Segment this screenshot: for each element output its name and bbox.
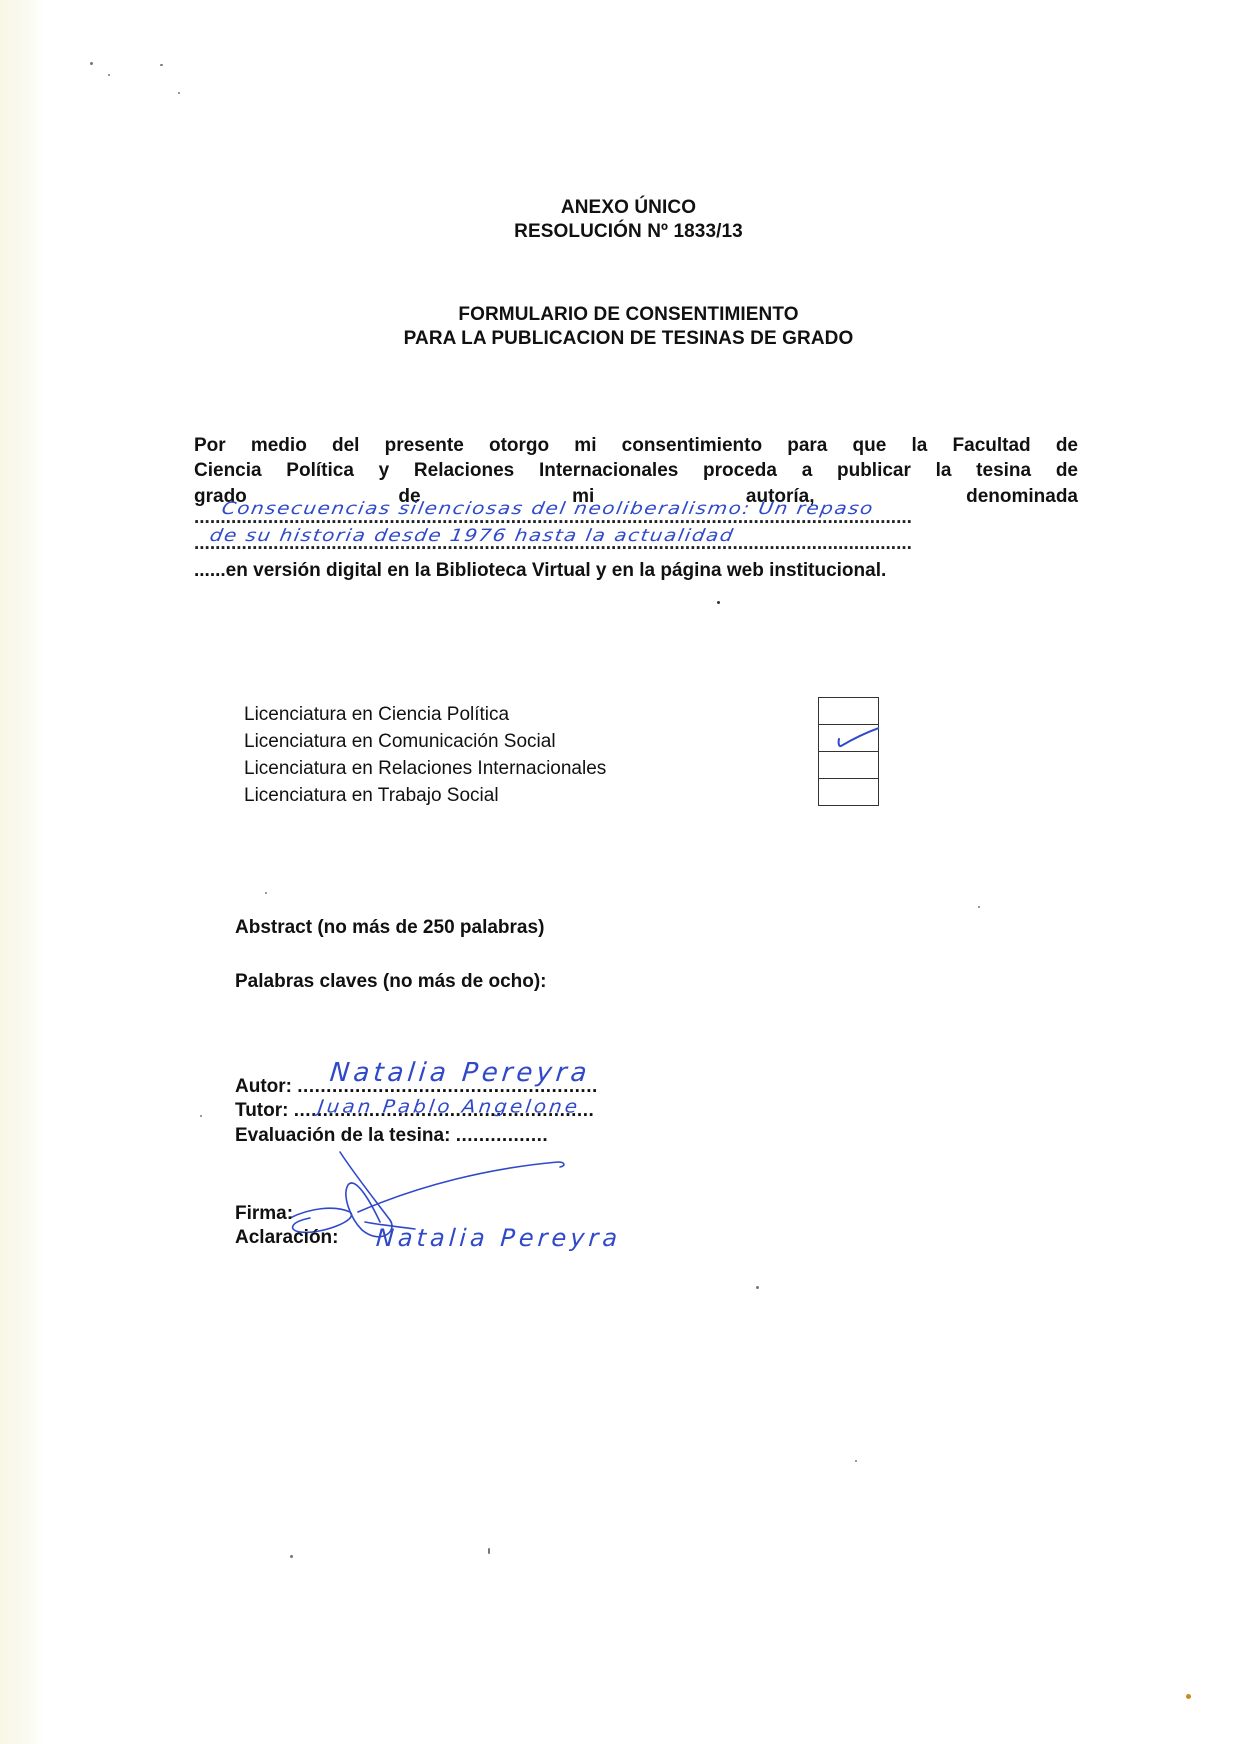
thesis-title-handwritten-line2: de su historia desde 1976 hasta la actua… — [208, 525, 736, 545]
check-mark-icon — [835, 727, 879, 749]
annex-title: ANEXO ÚNICO — [0, 196, 1257, 220]
scan-speck — [200, 1115, 202, 1117]
evaluation-label: Evaluación de la tesina: — [235, 1125, 450, 1146]
scan-speck — [855, 1460, 857, 1462]
aclaracion-label: Aclaración: — [235, 1227, 338, 1248]
consent-text-line1: Por medio del presente otorgo mi consent… — [194, 433, 1078, 458]
evaluation-field[interactable]: ................ — [456, 1125, 548, 1146]
form-title-line1: FORMULARIO DE CONSENTIMIENTO — [0, 303, 1257, 327]
scan-speck — [108, 74, 110, 76]
keywords-label: Palabras claves (no más de ocho): — [235, 970, 547, 994]
thesis-title-handwritten-line1: Consecuencias silenciosas del neoliberal… — [220, 498, 875, 518]
firma-label: Firma: — [235, 1203, 293, 1224]
checkbox-ciencia-politica[interactable] — [818, 697, 879, 724]
checkbox-comunicacion-social[interactable] — [818, 724, 879, 751]
aclaracion-handwritten: Natalia Pereyra — [375, 1224, 622, 1252]
scan-speck — [90, 62, 93, 65]
consent-closing-text: ......en versión digital en la Bibliotec… — [194, 558, 886, 583]
degree-ciencia-politica: Licenciatura en Ciencia Política — [244, 701, 606, 728]
form-title-line2: PARA LA PUBLICACION DE TESINAS DE GRADO — [0, 327, 1257, 351]
firma-row: Firma: — [235, 1202, 293, 1226]
scan-speck — [160, 64, 163, 66]
checkbox-relaciones-internacionales[interactable] — [818, 751, 879, 778]
evaluation-row: Evaluación de la tesina: ...............… — [235, 1124, 548, 1148]
scan-speck — [265, 892, 267, 894]
checkbox-trabajo-social[interactable] — [818, 778, 879, 806]
degree-checkbox-column — [818, 697, 879, 806]
degree-relaciones-internacionales: Licenciatura en Relaciones Internacional… — [244, 755, 606, 782]
tutor-handwritten: Juan Pablo Angelone — [317, 1095, 582, 1117]
scan-speck — [290, 1555, 293, 1558]
tutor-label: Tutor: — [235, 1100, 288, 1121]
scan-speck — [1186, 1694, 1191, 1699]
consent-text-line2: Ciencia Política y Relaciones Internacio… — [194, 458, 1078, 483]
degree-list: Licenciatura en Ciencia Política Licenci… — [244, 701, 606, 809]
consent-form-page: ANEXO ÚNICO RESOLUCIÓN Nº 1833/13 FORMUL… — [0, 0, 1257, 1744]
autor-handwritten: Natalia Pereyra — [328, 1058, 592, 1088]
resolution-number: RESOLUCIÓN Nº 1833/13 — [0, 220, 1257, 244]
stray-mark — [717, 601, 720, 604]
scan-speck — [488, 1548, 490, 1554]
degree-trabajo-social: Licenciatura en Trabajo Social — [244, 782, 606, 809]
scan-speck — [978, 906, 980, 908]
scan-speck — [756, 1286, 759, 1289]
aclaracion-row: Aclaración: — [235, 1226, 338, 1250]
degree-comunicacion-social: Licenciatura en Comunicación Social — [244, 728, 606, 755]
autor-label: Autor: — [235, 1076, 292, 1097]
abstract-label: Abstract (no más de 250 palabras) — [235, 916, 544, 940]
scan-speck — [178, 92, 180, 94]
